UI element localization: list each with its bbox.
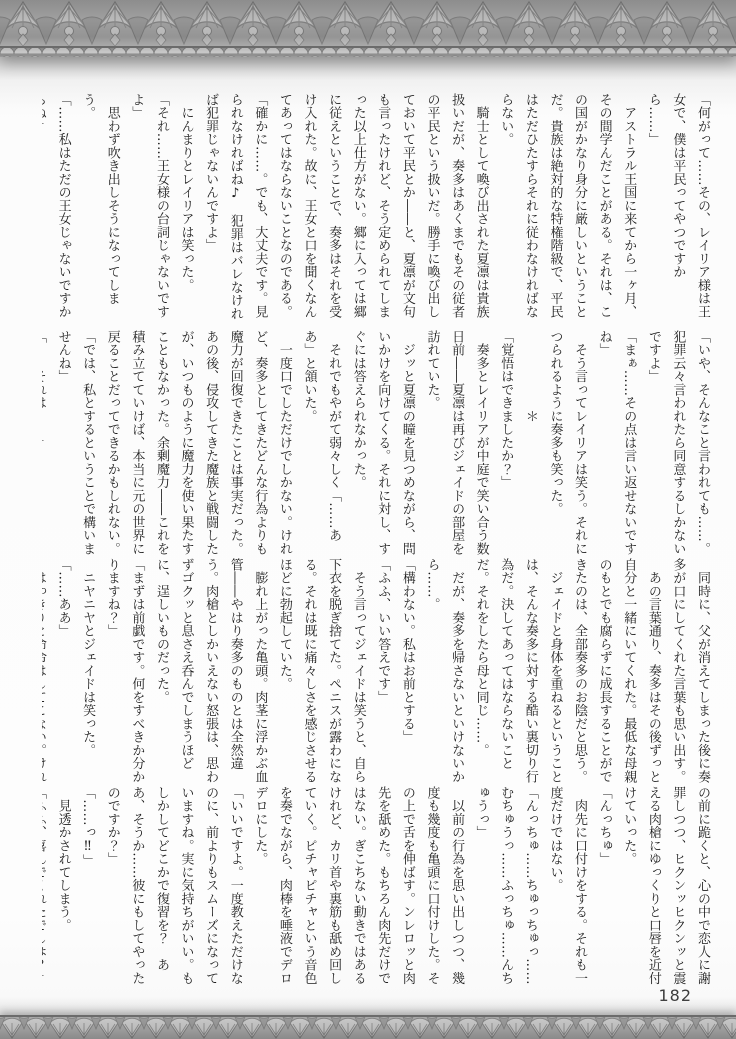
paragraph: 「いいですよ。一度教えただけなのに、前よりもスムーズになっていますね。実に気持ち… [99,786,247,996]
paragraph: 「んっちゅ……ちゅっちゅっ……むちゅうっ……ふっちゅ……んちゅうっ」 [468,786,542,996]
paragraph: 同時に、父が消えてしまった後に奏多が口にしてくれた言葉も思い出す。 [665,558,714,786]
paragraph: 「……それは……」 [42,330,50,558]
paragraph: の前に跪くと、心の中で恋人に謝罪しつつ、ヒクンッヒクンッと震える肉槍にゆっくりと… [616,786,714,996]
paragraph: 「……っ‼」 [75,786,100,996]
paragraph: 「まぁ……その点は言い返せないですね」 [591,330,640,558]
paragraph: 「いや、そんなこと言われても……。犯罪云々言われたら同意するしかないですよ」 [640,330,714,558]
paragraph: 「まずは前戯です。何をすべきか分かりますね？」 [99,558,148,786]
text-band-2: 「いや、そんなこと言われても……。犯罪云々言われたら同意するしかないですよ」「ま… [42,330,714,558]
paragraph: 以前の行為を思い出しつつ、幾度も幾度も亀頭に口付けした。その上で舌を伸ばす。ンレ… [247,786,468,996]
text-band-4: の前に跪くと、心の中で恋人に謝罪しつつ、ヒクンッヒクンッと震える肉槍にゆっくりと… [42,786,714,996]
paragraph: 「では、私とするということで構いませんね」 [50,330,99,558]
paragraph: 「それ……王女様の台詞じゃないですよ」 [124,93,173,321]
paragraph: 肉先に口付けをする。それも一度だけではない。 [542,786,591,996]
paragraph: 「……ああ」 [50,558,75,786]
paragraph: ニヤニヤとジェイドは笑った。 [75,558,100,786]
paragraph: はっきりと命令はしてこない。けれど、魔術師が言いたいことを元々聡い夏凛は理解する… [42,558,50,786]
book-page: 「何がって……その、レイリア様は王女で、僕は平民ってやつですから……」 アストラ… [0,0,736,1039]
paragraph: 「構わない。私はお前とする」 [394,558,419,786]
paragraph: 「覚悟はできましたか？」 [493,330,518,558]
paragraph: 騎士として喚び出された夏凛は貴族扱いだが、奏多はあくまでもその従者の平民という扱… [271,93,492,321]
paragraph: ジッと夏凛の瞳を見つめながら、問いかけを向けてくる。それに対し、すぐには答えられ… [345,330,419,558]
paragraph: 見透かされてしまう。 [50,786,75,996]
text-band-3: 同時に、父が消えてしまった後に奏多が口にしてくれた言葉も思い出す。 あの言葉通り… [42,558,714,786]
ornamental-border-top-icon [0,0,736,57]
paragraph: あの言葉通り、奏多はその後ずっと自分と一緒にいてくれた。最低な母親のもとでも腐ら… [566,558,664,786]
paragraph: そう言ってレイリアは笑う。それにつられるように奏多も笑った。 [542,330,591,558]
paragraph: 「んっちゅ」 [591,786,616,996]
page-bottom-shading [0,997,736,1015]
text-band-1: 「何がって……その、レイリア様は王女で、僕は平民ってやつですから……」 アストラ… [42,93,714,321]
paragraph: 思わず吹き出しそうになってしまう。 [75,93,124,321]
paragraph: 「ふふ、いい答えです」 [370,558,395,786]
paragraph: にんまりとレイリアは笑った。 [173,93,198,321]
paragraph: アストラル王国に来てから一ヶ月、その間学んだことがある。それは、この国がかなり身… [493,93,641,321]
paragraph: 「何がって……その、レイリア様は王女で、僕は平民ってやつですから……」 [640,93,714,321]
paragraph: そう言ってジェイドは笑うと、自ら下衣を脱ぎ捨てた。ペニスが露わになる。それは既に… [271,558,369,786]
paragraph: 膨れ上がった亀頭。肉茎に浮かぶ血管――やはり奏多のものとは全然違う。肉槍としかい… [148,558,271,786]
ornamental-border-bottom-icon [0,1015,736,1039]
paragraph: 奏多とレイリアが中庭で笑い合う数日前――夏凛は再びジェイドの部屋を訪れていた。 [419,330,493,558]
paragraph: ＊ [517,330,542,558]
paragraph: 「……私はただの王女じゃないですからね」 [42,93,75,321]
paragraph: 「確かに……。でも、大丈夫です。見られなければね♪ 犯罪はバレなければ犯罪じゃな… [198,93,272,321]
paragraph: ジェイドと身体を重ねるということは、そんな奏多に対する酷い裏切り行為だ。決してあ… [468,558,566,786]
paragraph: 「ふふ、喜んでくれたでしょ？」 [42,786,50,996]
paragraph: 一度口でしただけでしかない。けれど、奏多としてきたどんな行為よりも魔力が回復でき… [99,330,296,558]
paragraph: それでもやがて弱々しく「……ああ」と頷いた。 [296,330,345,558]
paragraph: だが、奏多を帰さないといけないから……。 [419,558,468,786]
